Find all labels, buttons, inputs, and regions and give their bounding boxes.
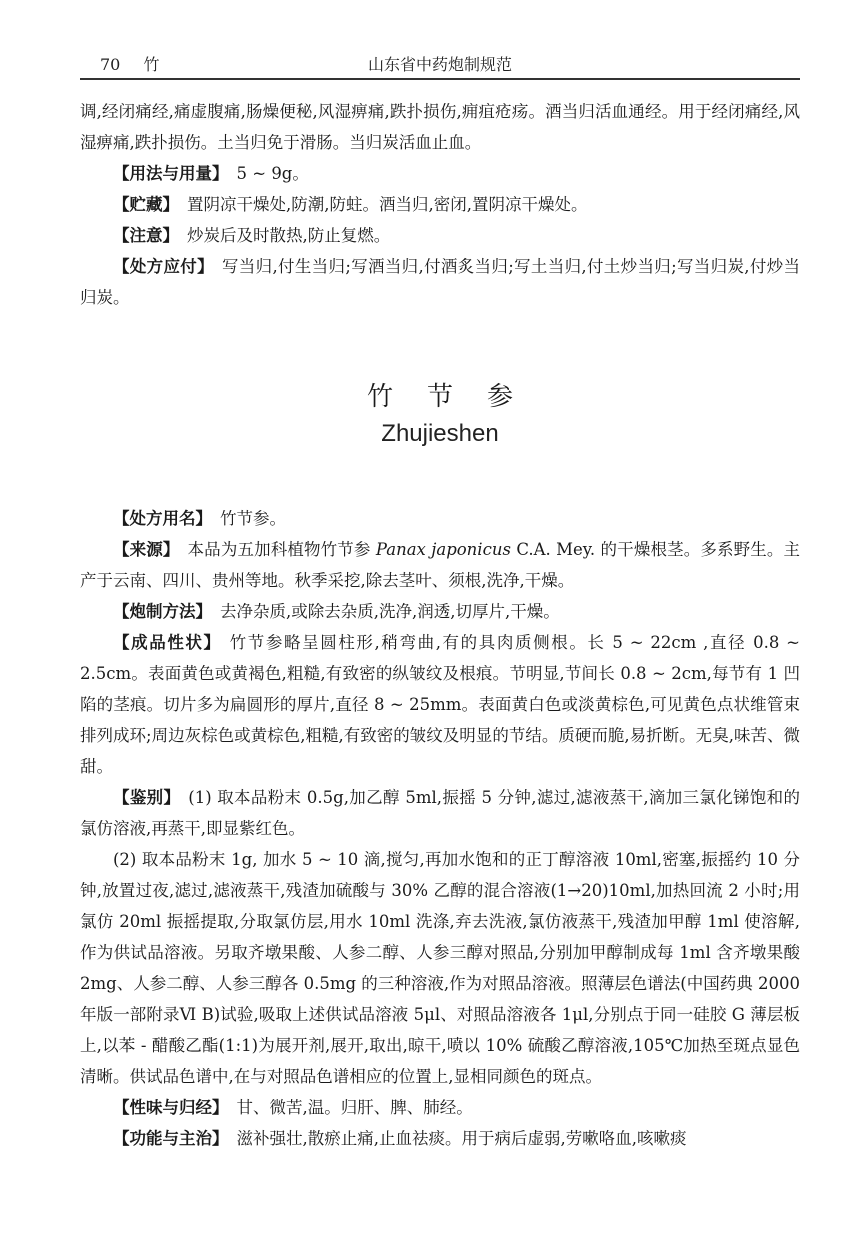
section-label: 【处方应付】 <box>113 257 214 276</box>
section-label: 【成品性状】 <box>113 633 222 652</box>
section-text: 本品为五加科植物竹节参 <box>188 540 376 559</box>
entry-title-block: 竹节参 Zhujieshen <box>80 377 800 451</box>
section-dosage: 【用法与用量】5 ~ 9g。 <box>80 158 800 189</box>
section-label: 【用法与用量】 <box>113 164 229 183</box>
latin-name: Panax japonicus <box>376 540 511 559</box>
page-header: 70 竹 山东省中药炮制规范 <box>80 44 800 80</box>
section-source: 【来源】本品为五加科植物竹节参 Panax japonicus C.A. Mey… <box>80 534 800 596</box>
book-title: 山东省中药炮制规范 <box>80 52 800 75</box>
section-storage: 【贮藏】置阴凉干燥处,防潮,防蛀。酒当归,密闭,置阴凉干燥处。 <box>80 189 800 220</box>
section-label: 【功能与主治】 <box>113 1129 229 1148</box>
section-text: (1) 取本品粉末 0.5g,加乙醇 5ml,振摇 5 分钟,滤过,滤液蒸干,滴… <box>80 788 800 838</box>
section-text: 竹节参。 <box>220 509 286 528</box>
section-processing: 【炮制方法】去净杂质,或除去杂质,洗净,润透,切厚片,干燥。 <box>80 596 800 627</box>
section-label: 【贮藏】 <box>113 195 179 214</box>
section-label: 【处方用名】 <box>113 509 212 528</box>
section-identification: 【鉴别】(1) 取本品粉末 0.5g,加乙醇 5ml,振摇 5 分钟,滤过,滤液… <box>80 782 800 844</box>
header-rule <box>80 78 800 80</box>
section-label: 【注意】 <box>113 226 179 245</box>
section-label: 【鉴别】 <box>113 788 180 807</box>
section-text: 去净杂质,或除去杂质,洗净,润透,切厚片,干燥。 <box>220 602 560 621</box>
entry-title-pinyin: Zhujieshen <box>80 417 800 451</box>
section-functions: 【功能与主治】滋补强壮,散瘀止痛,止血祛痰。用于病后虚弱,劳嗽咯血,咳嗽痰 <box>80 1123 800 1154</box>
section-text: 置阴凉干燥处,防潮,防蛀。酒当归,密闭,置阴凉干燥处。 <box>187 195 587 214</box>
section-text: 炒炭后及时散热,防止复燃。 <box>187 226 390 245</box>
section-caution: 【注意】炒炭后及时散热,防止复燃。 <box>80 220 800 251</box>
section-characteristics: 【成品性状】竹节参略呈圆柱形,稍弯曲,有的具肉质侧根。长 5 ~ 22cm ,直… <box>80 627 800 782</box>
section-prescription: 【处方应付】写当归,付生当归;写酒当归,付酒炙当归;写土当归,付土炒当归;写当归… <box>80 251 800 313</box>
section-label: 【炮制方法】 <box>113 602 212 621</box>
section-text: 5 ~ 9g。 <box>237 164 309 183</box>
section-label: 【性味与归经】 <box>113 1098 229 1117</box>
section-text: (2) 取本品粉末 1g, 加水 5 ~ 10 滴,搅匀,再加水饱和的正丁醇溶液… <box>80 850 800 1086</box>
section-prescription-name: 【处方用名】竹节参。 <box>80 503 800 534</box>
section-label: 【来源】 <box>113 540 180 559</box>
section-identification-2: (2) 取本品粉末 1g, 加水 5 ~ 10 滴,搅匀,再加水饱和的正丁醇溶液… <box>80 844 800 1092</box>
section-nature-meridian: 【性味与归经】甘、微苦,温。归肝、脾、肺经。 <box>80 1092 800 1123</box>
entry-title-chinese: 竹节参 <box>80 377 800 417</box>
page-content: 调,经闭痛经,痛虚腹痛,肠燥便秘,风湿痹痛,跌扑损伤,痈疽疮疡。酒当归活血通经。… <box>80 96 800 1154</box>
section-text: 甘、微苦,温。归肝、脾、肺经。 <box>237 1098 473 1117</box>
section-text: 竹节参略呈圆柱形,稍弯曲,有的具肉质侧根。长 5 ~ 22cm ,直径 0.8 … <box>80 633 800 776</box>
continuation-paragraph: 调,经闭痛经,痛虚腹痛,肠燥便秘,风湿痹痛,跌扑损伤,痈疽疮疡。酒当归活血通经。… <box>80 96 800 158</box>
section-text: 滋补强壮,散瘀止痛,止血祛痰。用于病后虚弱,劳嗽咯血,咳嗽痰 <box>237 1129 687 1148</box>
